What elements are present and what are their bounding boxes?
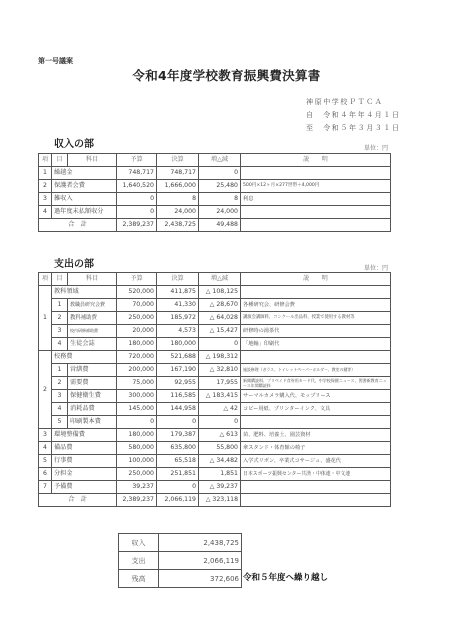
group-name: 教科領域 — [52, 286, 117, 299]
group-settlement: 411,875 — [157, 286, 199, 299]
sub-description: 施設修理（ガラス、トイレットペーパーホルダー、教室の鍵等） — [241, 364, 391, 377]
summary-value: 372,606 — [159, 570, 242, 588]
header-description: 説 明 — [241, 273, 391, 286]
sub-diff: △ 64,028 — [199, 312, 241, 325]
sub-item: 消耗品費 — [68, 403, 117, 416]
organization-name: 神原中学校ＰＴＣＡ — [306, 96, 401, 109]
row-item: 雑収入 — [52, 193, 117, 206]
total-description — [241, 219, 391, 232]
header-kamoku: 科目 — [68, 273, 117, 286]
row-description: 苗、肥料、培養土、園芸資材 — [241, 429, 391, 442]
summary-label: 収入 — [119, 534, 159, 552]
group-row: 2 校務費 720,000 521,688 △ 198,312 — [39, 351, 391, 364]
row-item: 環境整備費 — [52, 429, 117, 442]
sub-settlement: 116,585 — [157, 390, 199, 403]
row-description: 500円×12ヶ月×277世帯＋4,000円 — [241, 180, 391, 193]
total-settlement: 2,438,725 — [157, 219, 199, 232]
group-no: 2 — [39, 351, 52, 429]
row-description: 傘スタンド・体育館の椅子 — [241, 442, 391, 455]
sub-settlement: 144,958 — [157, 403, 199, 416]
total-row: 合 計 2,389,237 2,066,119 △ 323,118 — [39, 494, 391, 507]
row-no: 2 — [39, 180, 52, 193]
table-row: 4 消耗品費 145,000 144,958 △ 42 コピー用紙、プリンターイ… — [39, 403, 391, 416]
sub-item: 教職員研究会費 — [68, 299, 117, 312]
total-description — [241, 494, 391, 507]
row-budget: 0 — [117, 193, 157, 206]
row-budget: 39,237 — [117, 481, 157, 494]
group-budget: 520,000 — [117, 286, 157, 299]
sub-description: 研修時の湯茶代 — [241, 325, 391, 338]
sub-diff: △ 32,810 — [199, 364, 241, 377]
income-unit-label: 単位：円 — [364, 143, 388, 152]
row-item: 行事費 — [52, 455, 117, 468]
sub-diff: 0 — [199, 338, 241, 351]
header-settlement: 決算 — [157, 273, 199, 286]
total-diff: 49,488 — [199, 219, 241, 232]
sub-budget: 145,000 — [117, 403, 157, 416]
sub-no: 2 — [52, 312, 68, 325]
sub-diff: △ 42 — [199, 403, 241, 416]
group-description — [241, 351, 391, 364]
sub-settlement: 180,000 — [157, 338, 199, 351]
row-budget: 250,000 — [117, 468, 157, 481]
row-no: 5 — [39, 455, 52, 468]
header-kou: 項 — [39, 154, 52, 167]
sub-no: 3 — [52, 325, 68, 338]
income-header-row: 項 目 科目 予算 決算 増△減 説 明 — [39, 154, 391, 167]
total-budget: 2,389,237 — [117, 219, 157, 232]
sub-item: 校内研修補助費 — [68, 325, 117, 338]
row-item: 備品費 — [52, 442, 117, 455]
row-diff: 55,800 — [199, 442, 241, 455]
row-description — [241, 481, 391, 494]
sub-budget: 70,000 — [117, 299, 157, 312]
row-no: 4 — [39, 206, 52, 219]
row-item: 保護者会費 — [52, 180, 117, 193]
sub-settlement: 185,972 — [157, 312, 199, 325]
total-label: 合 計 — [39, 494, 117, 507]
row-item: 分担金 — [52, 468, 117, 481]
row-no: 7 — [39, 481, 52, 494]
row-budget: 100,000 — [117, 455, 157, 468]
row-diff: 25,480 — [199, 180, 241, 193]
header-budget: 予算 — [117, 273, 157, 286]
summary-value: 2,438,725 — [159, 534, 242, 552]
sub-no: 3 — [52, 390, 68, 403]
row-settlement: 1,666,000 — [157, 180, 199, 193]
row-no: 3 — [39, 429, 52, 442]
group-row: 1 教科領域 520,000 411,875 △ 108,125 — [39, 286, 391, 299]
sub-item: 営繕費 — [68, 364, 117, 377]
sub-item: 需要費 — [68, 377, 117, 390]
row-description: 日本スポーツ振興センター共済・中体連・中文連 — [241, 468, 391, 481]
sub-description: 各種研究会、研修会費 — [241, 299, 391, 312]
summary-row-income: 収入 2,438,725 — [119, 534, 242, 552]
table-row: 2 教科補助費 250,000 185,972 △ 64,028 講演会講師料、… — [39, 312, 391, 325]
sub-budget: 250,000 — [117, 312, 157, 325]
header-settlement: 決算 — [157, 154, 199, 167]
table-row: 2 保護者会費 1,640,520 1,666,000 25,480 500円×… — [39, 180, 391, 193]
sub-no: 1 — [52, 299, 68, 312]
table-row: 3 校内研修補助費 20,000 4,573 △ 15,427 研修時の湯茶代 — [39, 325, 391, 338]
row-budget: 1,640,520 — [117, 180, 157, 193]
header-description: 説 明 — [241, 154, 391, 167]
total-budget: 2,389,237 — [117, 494, 157, 507]
row-budget: 748,717 — [117, 167, 157, 180]
row-settlement: 65,518 — [157, 455, 199, 468]
table-row: 1 教職員研究会費 70,000 41,330 △ 28,670 各種研究会、研… — [39, 299, 391, 312]
sub-diff: △ 28,670 — [199, 299, 241, 312]
row-description: 入学式リボン、卒業式コサージュ、盛花代 — [241, 455, 391, 468]
group-description — [241, 286, 391, 299]
sub-diff: 0 — [199, 416, 241, 429]
sub-diff: △ 183,415 — [199, 390, 241, 403]
sub-diff: 17,955 — [199, 377, 241, 390]
table-row: 6 分担金 250,000 251,851 1,851 日本スポーツ振興センター… — [39, 468, 391, 481]
header-moku: 目 — [52, 154, 68, 167]
sub-item: 保健衛生費 — [68, 390, 117, 403]
table-row: 2 需要費 75,000 92,955 17,955 新聞購読料、プリペイド食券… — [39, 377, 391, 390]
expense-header-row: 項 目 科目 予算 決算 増△減 説 明 — [39, 273, 391, 286]
carry-over-note: 令和５年度へ繰り越し — [243, 571, 328, 583]
summary-value: 2,066,119 — [159, 552, 242, 570]
sub-no: 5 — [52, 416, 68, 429]
sub-item: 生徒会誌 — [68, 338, 117, 351]
group-budget: 720,000 — [117, 351, 157, 364]
table-row: 7 予備費 39,237 0 △ 39,237 — [39, 481, 391, 494]
row-no: 3 — [39, 193, 52, 206]
income-section-title: 収入の部 — [54, 135, 94, 150]
group-settlement: 521,688 — [157, 351, 199, 364]
row-diff: △ 613 — [199, 429, 241, 442]
sub-no: 4 — [52, 403, 68, 416]
header-kamoku: 科目 — [68, 154, 117, 167]
sub-budget: 0 — [117, 416, 157, 429]
row-settlement: 748,717 — [157, 167, 199, 180]
row-item: 繰越金 — [52, 167, 117, 180]
row-item: 予備費 — [52, 481, 117, 494]
group-diff: △ 108,125 — [199, 286, 241, 299]
document-title: 令和4年度学校教育振興費決算書 — [0, 66, 453, 84]
sub-description: サーマルカメラ購入代、モップリース — [241, 390, 391, 403]
sub-description — [241, 416, 391, 429]
sub-no: 4 — [52, 338, 68, 351]
period-to: 至 令和５年３月３１日 — [306, 122, 401, 135]
sub-no: 2 — [52, 377, 68, 390]
sub-description: コピー用紙、プリンターインク、文具 — [241, 403, 391, 416]
sub-diff: △ 15,427 — [199, 325, 241, 338]
row-settlement: 0 — [157, 481, 199, 494]
expense-unit-label: 単位：円 — [364, 263, 388, 272]
row-no: 1 — [39, 167, 52, 180]
row-diff: 0 — [199, 167, 241, 180]
row-item: 過年度未払額収分 — [52, 206, 117, 219]
row-diff: 8 — [199, 193, 241, 206]
summary-label: 残高 — [119, 570, 159, 588]
group-name: 校務費 — [52, 351, 117, 364]
sub-settlement: 4,573 — [157, 325, 199, 338]
expense-table: 項 目 科目 予算 決算 増△減 説 明 1 教科領域 520,000 411,… — [38, 272, 391, 507]
row-settlement: 251,851 — [157, 468, 199, 481]
agenda-label: 第一号議案 — [38, 56, 73, 66]
sub-description: 新聞購読料、プリペイド食券用カード代、中学校保健ニュース、図書新教育ニュース年間… — [241, 377, 391, 390]
row-settlement: 8 — [157, 193, 199, 206]
table-row: 3 保健衛生費 300,000 116,585 △ 183,415 サーマルカメ… — [39, 390, 391, 403]
row-description — [241, 167, 391, 180]
table-row: 1 繰越金 748,717 748,717 0 — [39, 167, 391, 180]
table-row: 5 印刷製本費 0 0 0 — [39, 416, 391, 429]
header-budget: 予算 — [117, 154, 157, 167]
organization-block: 神原中学校ＰＴＣＡ 自 令和４年年４月１日 至 令和５年３月３１日 — [306, 96, 401, 135]
summary-row-expense: 支出 2,066,119 — [119, 552, 242, 570]
sub-budget: 75,000 — [117, 377, 157, 390]
sub-settlement: 0 — [157, 416, 199, 429]
header-moku: 目 — [52, 273, 68, 286]
row-description: 利息 — [241, 193, 391, 206]
row-settlement: 635,800 — [157, 442, 199, 455]
row-diff: 24,000 — [199, 206, 241, 219]
sub-budget: 20,000 — [117, 325, 157, 338]
row-budget: 0 — [117, 206, 157, 219]
row-settlement: 24,000 — [157, 206, 199, 219]
period-from: 自 令和４年年４月１日 — [306, 109, 401, 122]
summary-table: 収入 2,438,725 支出 2,066,119 残高 372,606 — [118, 533, 242, 588]
sub-item: 教科補助費 — [68, 312, 117, 325]
header-diff: 増△減 — [199, 154, 241, 167]
table-row: 4 生徒会誌 180,000 180,000 0 「地軸」印刷代 — [39, 338, 391, 351]
total-settlement: 2,066,119 — [157, 494, 199, 507]
total-label: 合 計 — [39, 219, 117, 232]
table-row: 4 過年度未払額収分 0 24,000 24,000 — [39, 206, 391, 219]
total-row: 合 計 2,389,237 2,438,725 49,488 — [39, 219, 391, 232]
row-settlement: 179,387 — [157, 429, 199, 442]
sub-description: 「地軸」印刷代 — [241, 338, 391, 351]
row-diff: △ 39,237 — [199, 481, 241, 494]
sub-settlement: 92,955 — [157, 377, 199, 390]
sub-settlement: 167,190 — [157, 364, 199, 377]
group-diff: △ 198,312 — [199, 351, 241, 364]
table-row: 4 備品費 580,000 635,800 55,800 傘スタンド・体育館の椅… — [39, 442, 391, 455]
sub-budget: 200,000 — [117, 364, 157, 377]
summary-row-balance: 残高 372,606 — [119, 570, 242, 588]
total-diff: △ 323,118 — [199, 494, 241, 507]
sub-no: 1 — [52, 364, 68, 377]
row-diff: 1,851 — [199, 468, 241, 481]
sub-item: 印刷製本費 — [68, 416, 117, 429]
sub-settlement: 41,330 — [157, 299, 199, 312]
row-diff: △ 34,482 — [199, 455, 241, 468]
income-table: 項 目 科目 予算 決算 増△減 説 明 1 繰越金 748,717 748,7… — [38, 153, 391, 232]
table-row: 3 雑収入 0 8 8 利息 — [39, 193, 391, 206]
row-no: 4 — [39, 442, 52, 455]
row-description — [241, 206, 391, 219]
row-budget: 180,000 — [117, 429, 157, 442]
summary-label: 支出 — [119, 552, 159, 570]
table-row: 1 営繕費 200,000 167,190 △ 32,810 施設修理（ガラス、… — [39, 364, 391, 377]
header-diff: 増△減 — [199, 273, 241, 286]
table-row: 3 環境整備費 180,000 179,387 △ 613 苗、肥料、培養土、園… — [39, 429, 391, 442]
header-kou: 項 — [39, 273, 52, 286]
table-row: 5 行事費 100,000 65,518 △ 34,482 入学式リボン、卒業式… — [39, 455, 391, 468]
sub-budget: 300,000 — [117, 390, 157, 403]
row-no: 6 — [39, 468, 52, 481]
group-no: 1 — [39, 286, 52, 351]
expense-section-title: 支出の部 — [54, 255, 94, 270]
row-budget: 580,000 — [117, 442, 157, 455]
sub-budget: 180,000 — [117, 338, 157, 351]
sub-description: 講演会講師料、コンクール出品料、授業で使用する教材等 — [241, 312, 391, 325]
